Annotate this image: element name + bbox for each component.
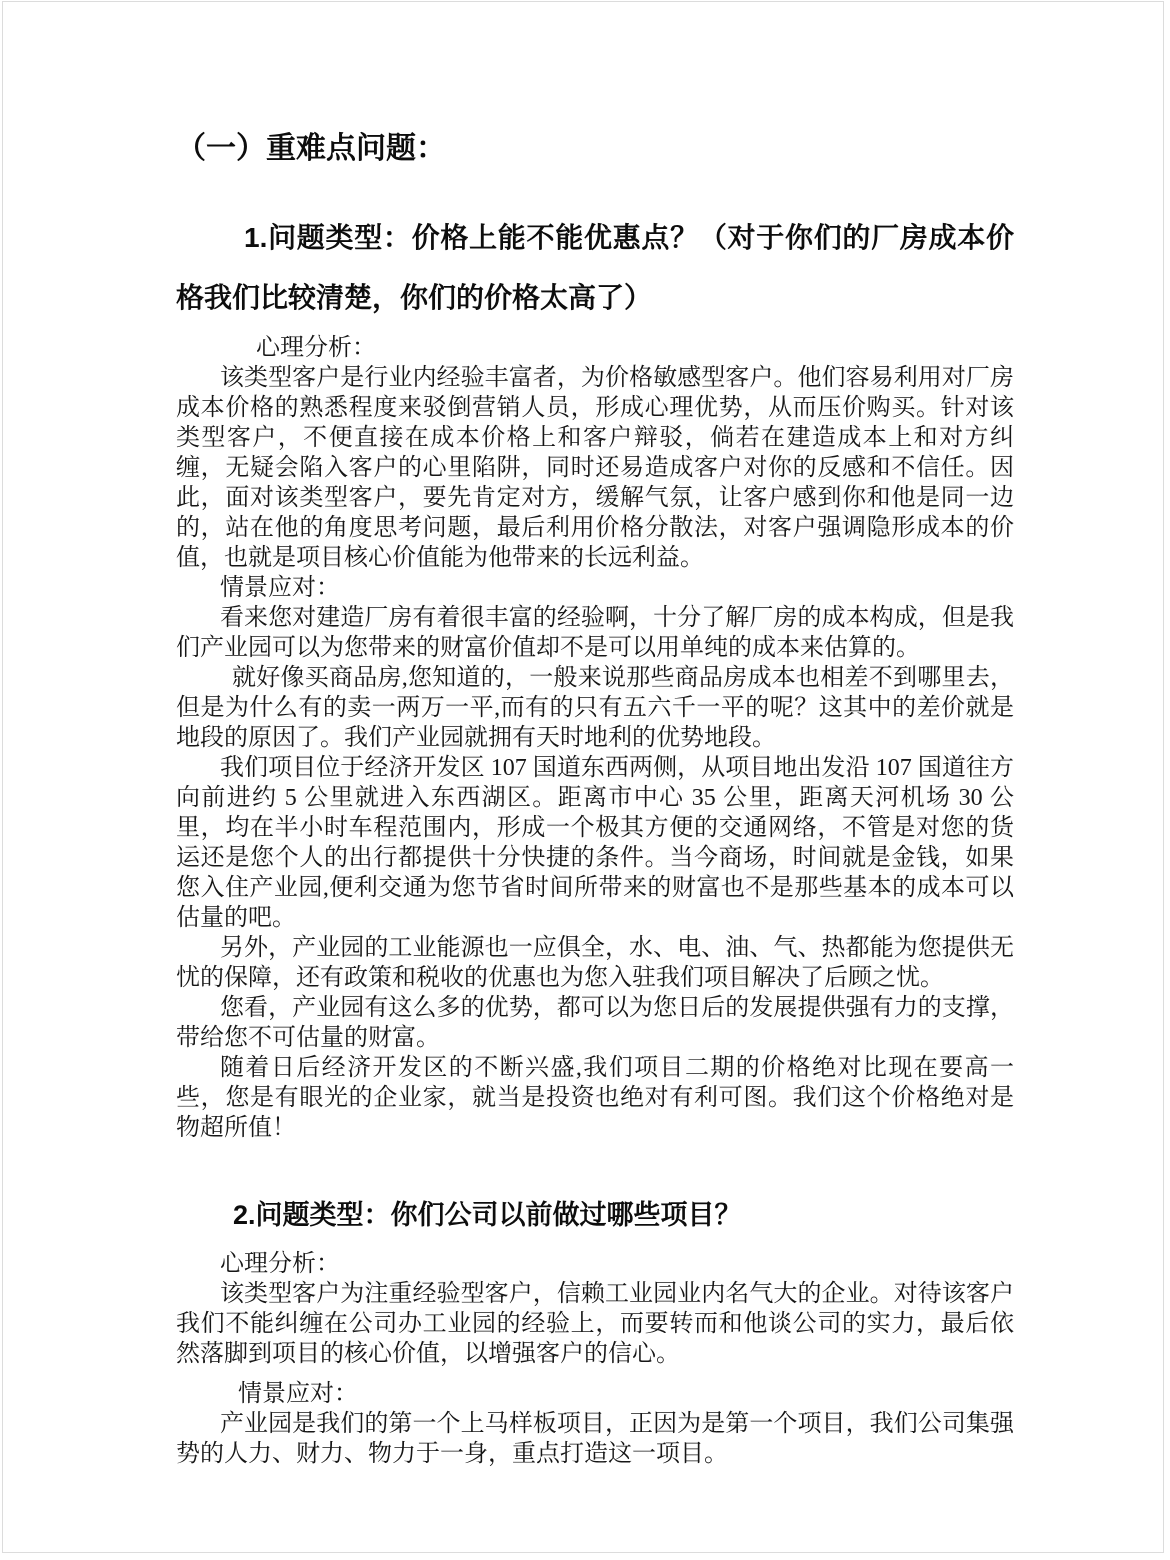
response-paragraph: 看来您对建造厂房有着很丰富的经验啊，十分了解厂房的成本构成，但是我们产业园可以为… xyxy=(176,603,1014,663)
analysis-label-1: 心理分析： xyxy=(176,333,1014,363)
response-paragraph: 产业园是我们的第一个上马样板项目，正因为是第一个项目，我们公司集强势的人力、财力… xyxy=(176,1409,1014,1469)
question-2-heading: 2.问题类型：你们公司以前做过哪些项目？ xyxy=(176,1195,1014,1235)
response-paragraph: 我们项目位于经济开发区 107 国道东西两侧，从项目地出发沿 107 国道往方向… xyxy=(176,753,1014,933)
response-paragraph: 您看，产业园有这么多的优势，都可以为您日后的发展提供强有力的支撑，带给您不可估量… xyxy=(176,993,1014,1053)
document-page: （一）重难点问题： 1.问题类型：价格上能不能优惠点？（对于你们的厂房成本价格我… xyxy=(0,0,1170,1560)
analysis-paragraph-1: 该类型客户是行业内经验丰富者，为价格敏感型客户。他们容易利用对厂房成本价格的熟悉… xyxy=(176,363,1014,573)
response-label-2: 情景应对： xyxy=(176,1379,1014,1409)
question-1-heading: 1.问题类型：价格上能不能优惠点？（对于你们的厂房成本价格我们比较清楚，你们的价… xyxy=(176,208,1014,328)
analysis-paragraph-2: 该类型客户为注重经验型客户，信赖工业园业内名气大的企业。对待该客户我们不能纠缠在… xyxy=(176,1279,1014,1369)
response-paragraph: 另外，产业园的工业能源也一应俱全，水、电、油、气、热都能为您提供无忧的保障，还有… xyxy=(176,933,1014,993)
response-label-1: 情景应对： xyxy=(176,573,1014,603)
section-heading: （一）重难点问题： xyxy=(176,130,1014,168)
response-paragraph: 就好像买商品房,您知道的，一般来说那些商品房成本也相差不到哪里去，但是为什么有的… xyxy=(176,663,1014,753)
response-paragraph: 随着日后经济开发区的不断兴盛,我们项目二期的价格绝对比现在要高一些，您是有眼光的… xyxy=(176,1053,1014,1143)
analysis-label-2: 心理分析： xyxy=(176,1249,1014,1279)
document-content: （一）重难点问题： 1.问题类型：价格上能不能优惠点？（对于你们的厂房成本价格我… xyxy=(176,0,1014,1469)
